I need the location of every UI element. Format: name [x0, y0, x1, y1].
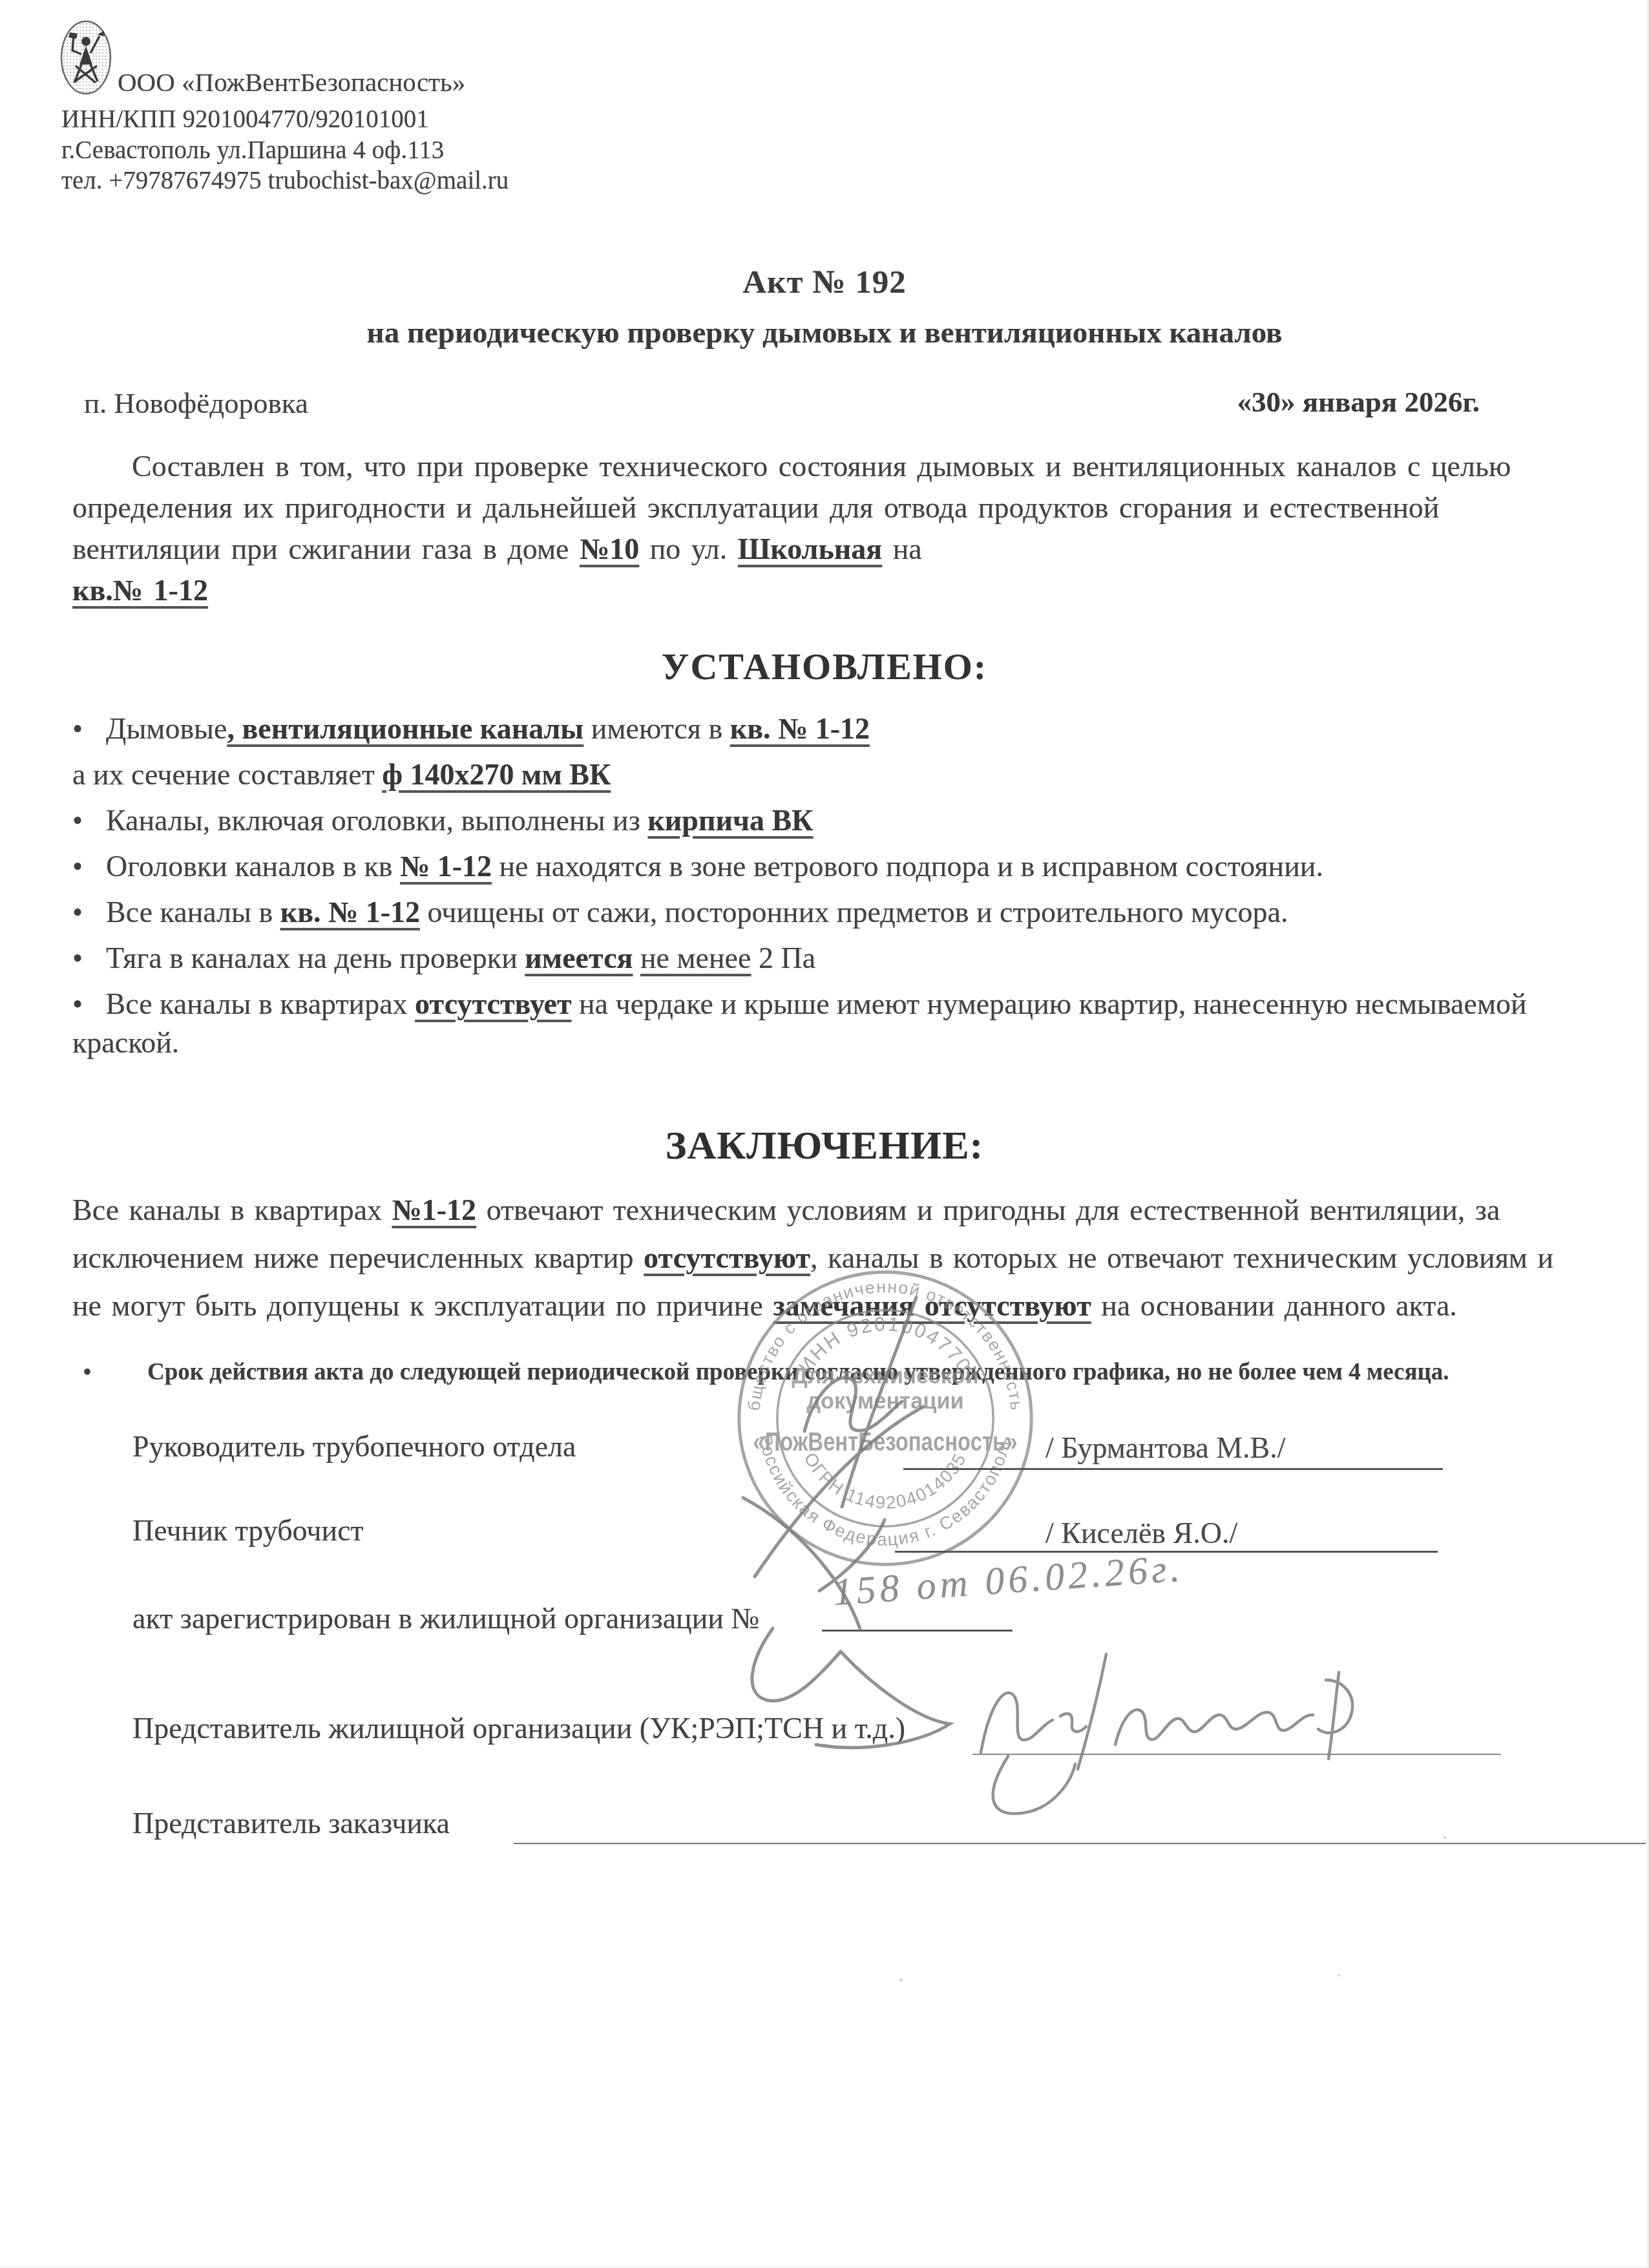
scan-edge-right — [1646, 0, 1649, 2268]
registration-label: акт зарегистрирован в жилищной организац… — [132, 1601, 759, 1635]
company-name: ООО «ПожВентБезопасность» — [118, 67, 465, 97]
intro-paragraph: Составлен в том, что при проверке технич… — [72, 446, 1582, 611]
conclusion-heading: ЗАКЛЮЧЕНИЕ: — [0, 1123, 1649, 1169]
stamp-center-line1: Для технической — [792, 1364, 978, 1389]
customer-rep-label: Представитель заказчика — [132, 1806, 450, 1840]
list-item: •Дымовые, вентиляционные каналы имеются … — [72, 709, 1604, 748]
bullet-icon: • — [72, 847, 106, 886]
list-item: • Все каналы в квартирах отсутствует на … — [72, 985, 1604, 1062]
bullet-icon: • — [72, 709, 106, 748]
head-of-dept-name: / Бурмантова М.В./ — [1045, 1431, 1286, 1465]
svg-text:ОГРН 1149204014035: ОГРН 1149204014035 — [800, 1449, 970, 1513]
list-item: а их сечение составляет ф 140х270 мм ВК — [72, 755, 1604, 794]
list-item: •Каналы, включая оголовки, выполнены из … — [72, 801, 1604, 840]
company-address: г.Севастополь ул.Паршина 4 оф.113 — [61, 136, 444, 165]
list-item: •Оголовки каналов в кв № 1-12 не находят… — [72, 847, 1604, 886]
bullet-icon: • — [72, 939, 106, 978]
scan-speck — [899, 1979, 903, 1981]
stamp-ogrn-text: ОГРН 1149204014035 — [800, 1449, 970, 1513]
company-inn-kpp: ИНН/КПП 9201004770/920101001 — [61, 105, 429, 134]
bullet-icon: • — [83, 1357, 92, 1387]
signature-scribble-housing-rep — [981, 1654, 1352, 1814]
chimney-sweep-name: / Киселёв Я.О./ — [1045, 1516, 1237, 1550]
signature-line — [903, 1468, 1443, 1470]
signature-line — [822, 1630, 1013, 1632]
scanned-act-document: ООО «ПожВентБезопасность» ИНН/КПП 920100… — [0, 0, 1649, 2268]
act-subtitle: на периодическую проверку дымовых и вент… — [0, 315, 1649, 350]
date-label: «30» января 2026г. — [1237, 385, 1480, 419]
head-of-dept-label: Руководитель трубопечного отдела — [132, 1429, 576, 1464]
chimney-sweep-logo — [59, 19, 112, 96]
list-item: •Все каналы в кв. № 1-12 очищены от сажи… — [72, 893, 1604, 932]
housing-rep-label: Представитель жилищной организации (УК;Р… — [132, 1711, 905, 1745]
scan-edge-bottom — [0, 2265, 1649, 2268]
established-heading: УСТАНОВЛЕНО: — [0, 645, 1649, 688]
bullet-icon: • — [72, 893, 106, 932]
place-label: п. Новофёдоровка — [84, 386, 308, 420]
company-contact: тел. +79787674975 trubochist-bax@mail.ru — [61, 166, 509, 196]
stamp-center-line2: документации — [806, 1389, 964, 1414]
scan-speck — [1338, 1974, 1340, 1977]
stamp-company-name: «ПожВентБезопасность» — [753, 1427, 1017, 1456]
signature-line — [972, 1754, 1501, 1755]
bullet-icon: • — [72, 985, 98, 1024]
company-round-stamp: Общество с ограниченной ответственностью… — [732, 1265, 1038, 1571]
scan-speck — [1444, 1836, 1446, 1839]
chimney-sweep-label: Печник трубочист — [132, 1513, 364, 1548]
act-title: Акт № 192 — [0, 264, 1649, 301]
bullet-icon: • — [72, 801, 106, 840]
established-list: •Дымовые, вентиляционные каналы имеются … — [72, 709, 1604, 1069]
list-item: •Тяга в каналах на день проверки имеется… — [72, 939, 1604, 978]
signature-line — [514, 1843, 1646, 1844]
